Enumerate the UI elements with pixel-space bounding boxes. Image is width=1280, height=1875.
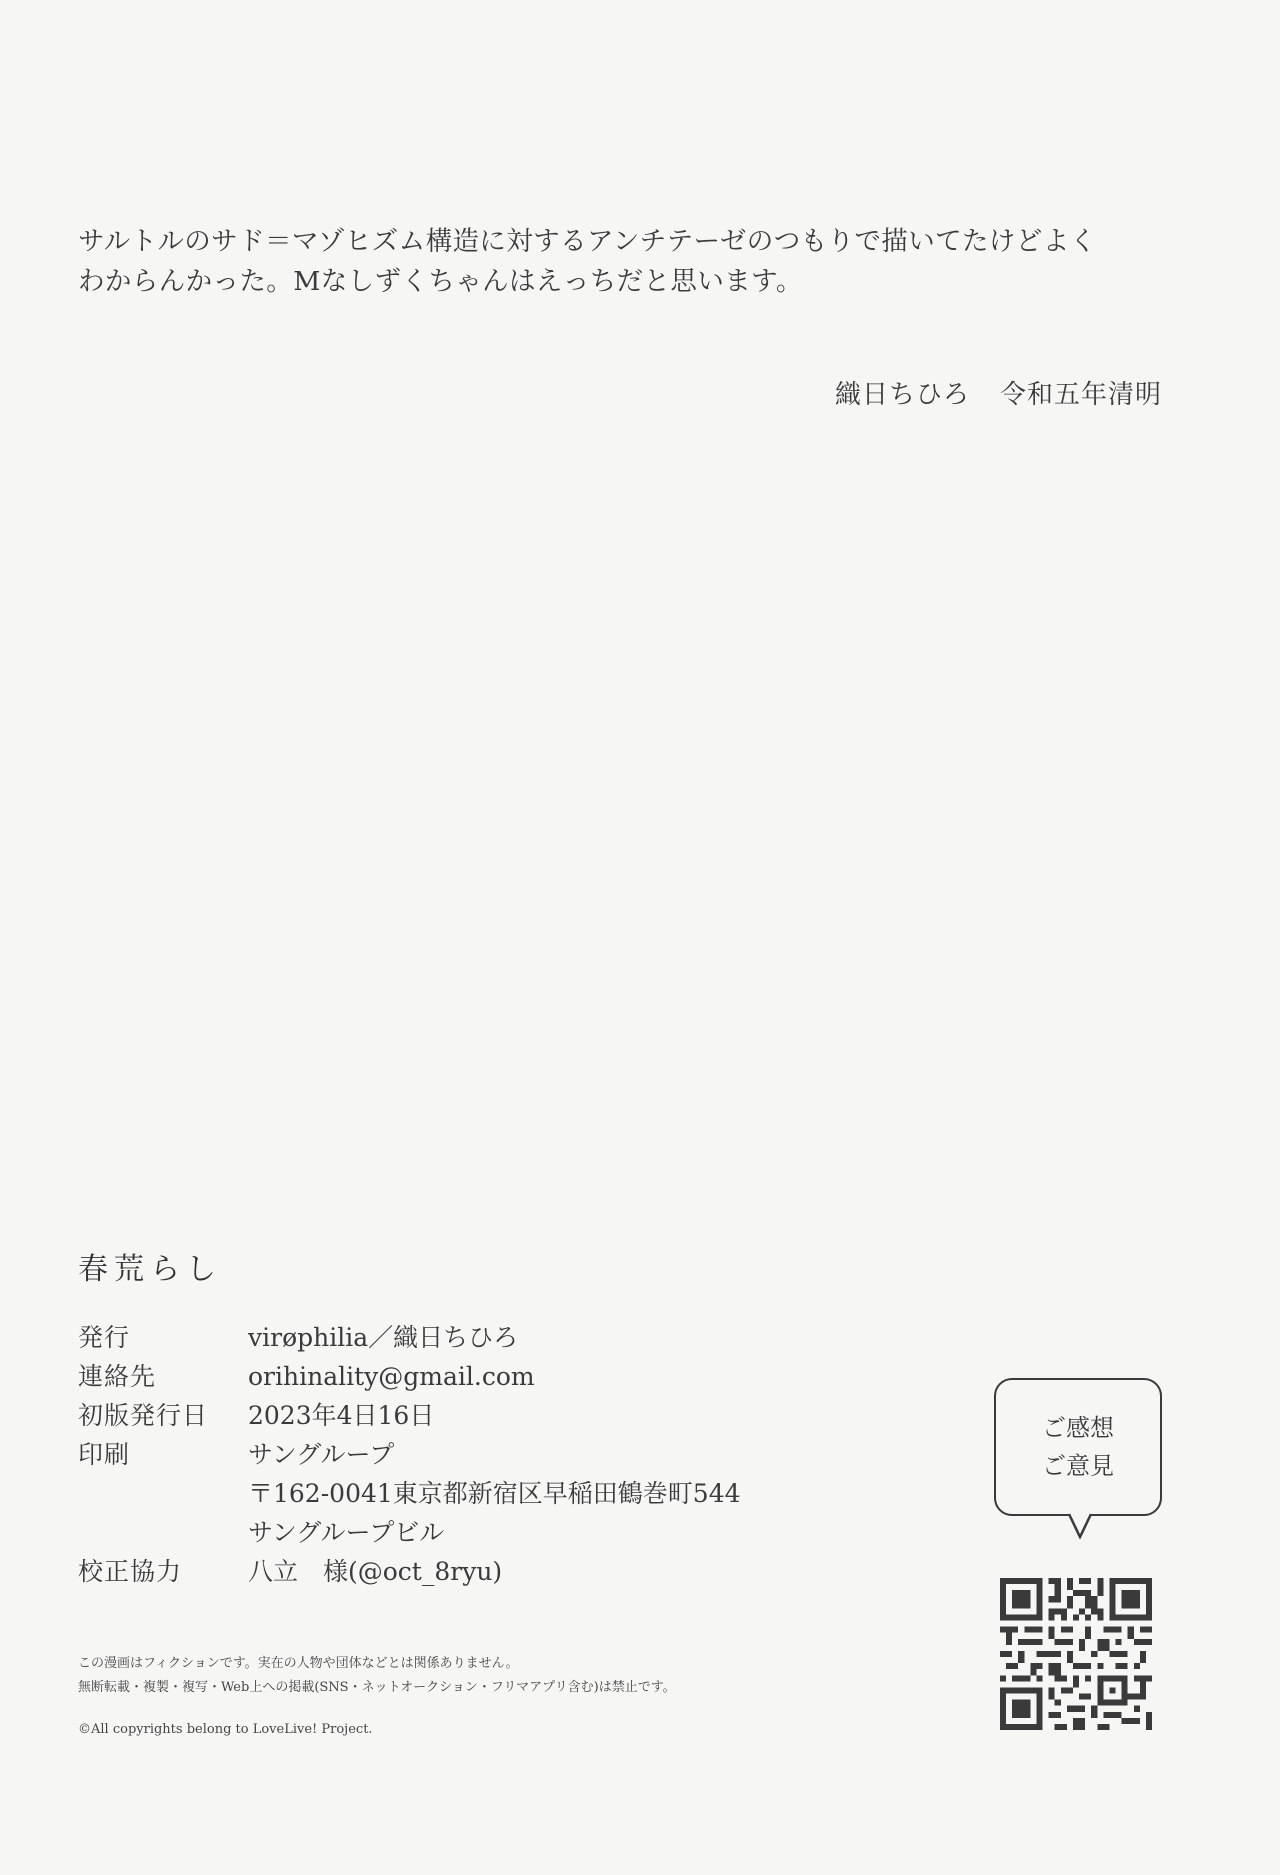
feedback-label-2: ご意見 xyxy=(1042,1447,1114,1485)
colophon-value: 〒162-0041東京都新宿区早稲田鶴巻町544 xyxy=(248,1474,741,1513)
colophon-label: 連絡先 xyxy=(78,1357,248,1396)
speech-bubble-tail-icon xyxy=(1068,1513,1092,1539)
afterword-line-1: サルトルのサド＝マゾヒズム構造に対するアンチテーゼのつもりで描いてたけどよく xyxy=(78,222,1188,262)
colophon-row-printer: 印刷 サングループ xyxy=(78,1435,741,1474)
qr-code-icon[interactable] xyxy=(1000,1578,1152,1730)
colophon-row-printer-building: サングループビル xyxy=(78,1513,741,1552)
contact-email[interactable]: orihinality@gmail.com xyxy=(248,1357,535,1396)
colophon-label: 校正協力 xyxy=(78,1552,248,1591)
afterword: サルトルのサド＝マゾヒズム構造に対するアンチテーゼのつもりで描いてたけどよく わ… xyxy=(78,222,1188,302)
colophon-row-date: 初版発行日 2023年4日16日 xyxy=(78,1396,741,1435)
colophon-value: virøphilia／織日ちひろ xyxy=(248,1318,518,1357)
reproduction-notice: 無断転載・複製・複写・Web上への掲載(SNS・ネットオークション・フリマアプリ… xyxy=(78,1676,676,1700)
colophon-row-printer-address: 〒162-0041東京都新宿区早稲田鶴巻町544 xyxy=(78,1474,741,1513)
colophon-label: 初版発行日 xyxy=(78,1396,248,1435)
signature-author: 織日ちひろ xyxy=(835,380,970,410)
signature-date: 令和五年清明 xyxy=(1000,380,1162,410)
book-title: 春荒らし xyxy=(78,1244,222,1288)
colophon-row-proofreading: 校正協力 八立 様(@oct_8ryu) xyxy=(78,1552,741,1591)
colophon: 発行 virøphilia／織日ちひろ 連絡先 orihinality@gmai… xyxy=(78,1318,741,1591)
feedback-label-1: ご感想 xyxy=(1042,1409,1114,1447)
colophon-label xyxy=(78,1474,248,1513)
colophon-value: 八立 様(@oct_8ryu) xyxy=(248,1552,502,1591)
colophon-value: サングループビル xyxy=(248,1513,444,1552)
legal-notes: この漫画はフィクションです。実在の人物や団体などとは関係ありません。 無断転載・… xyxy=(78,1652,676,1700)
copyright-notice: ©All copyrights belong to LoveLive! Proj… xyxy=(78,1722,373,1737)
colophon-value: サングループ xyxy=(248,1435,394,1474)
colophon-label: 印刷 xyxy=(78,1435,248,1474)
afterword-line-2: わからんかった。Mなしずくちゃんはえっちだと思います。 xyxy=(78,262,1188,302)
signature: 織日ちひろ令和五年清明 xyxy=(835,374,1162,411)
colophon-row-contact: 連絡先 orihinality@gmail.com xyxy=(78,1357,741,1396)
colophon-value: 2023年4日16日 xyxy=(248,1396,434,1435)
colophon-row-publisher: 発行 virøphilia／織日ちひろ xyxy=(78,1318,741,1357)
feedback-speech-bubble: ご感想 ご意見 xyxy=(994,1378,1162,1516)
colophon-label: 発行 xyxy=(78,1318,248,1357)
fiction-disclaimer: この漫画はフィクションです。実在の人物や団体などとは関係ありません。 xyxy=(78,1652,676,1676)
colophon-label xyxy=(78,1513,248,1552)
